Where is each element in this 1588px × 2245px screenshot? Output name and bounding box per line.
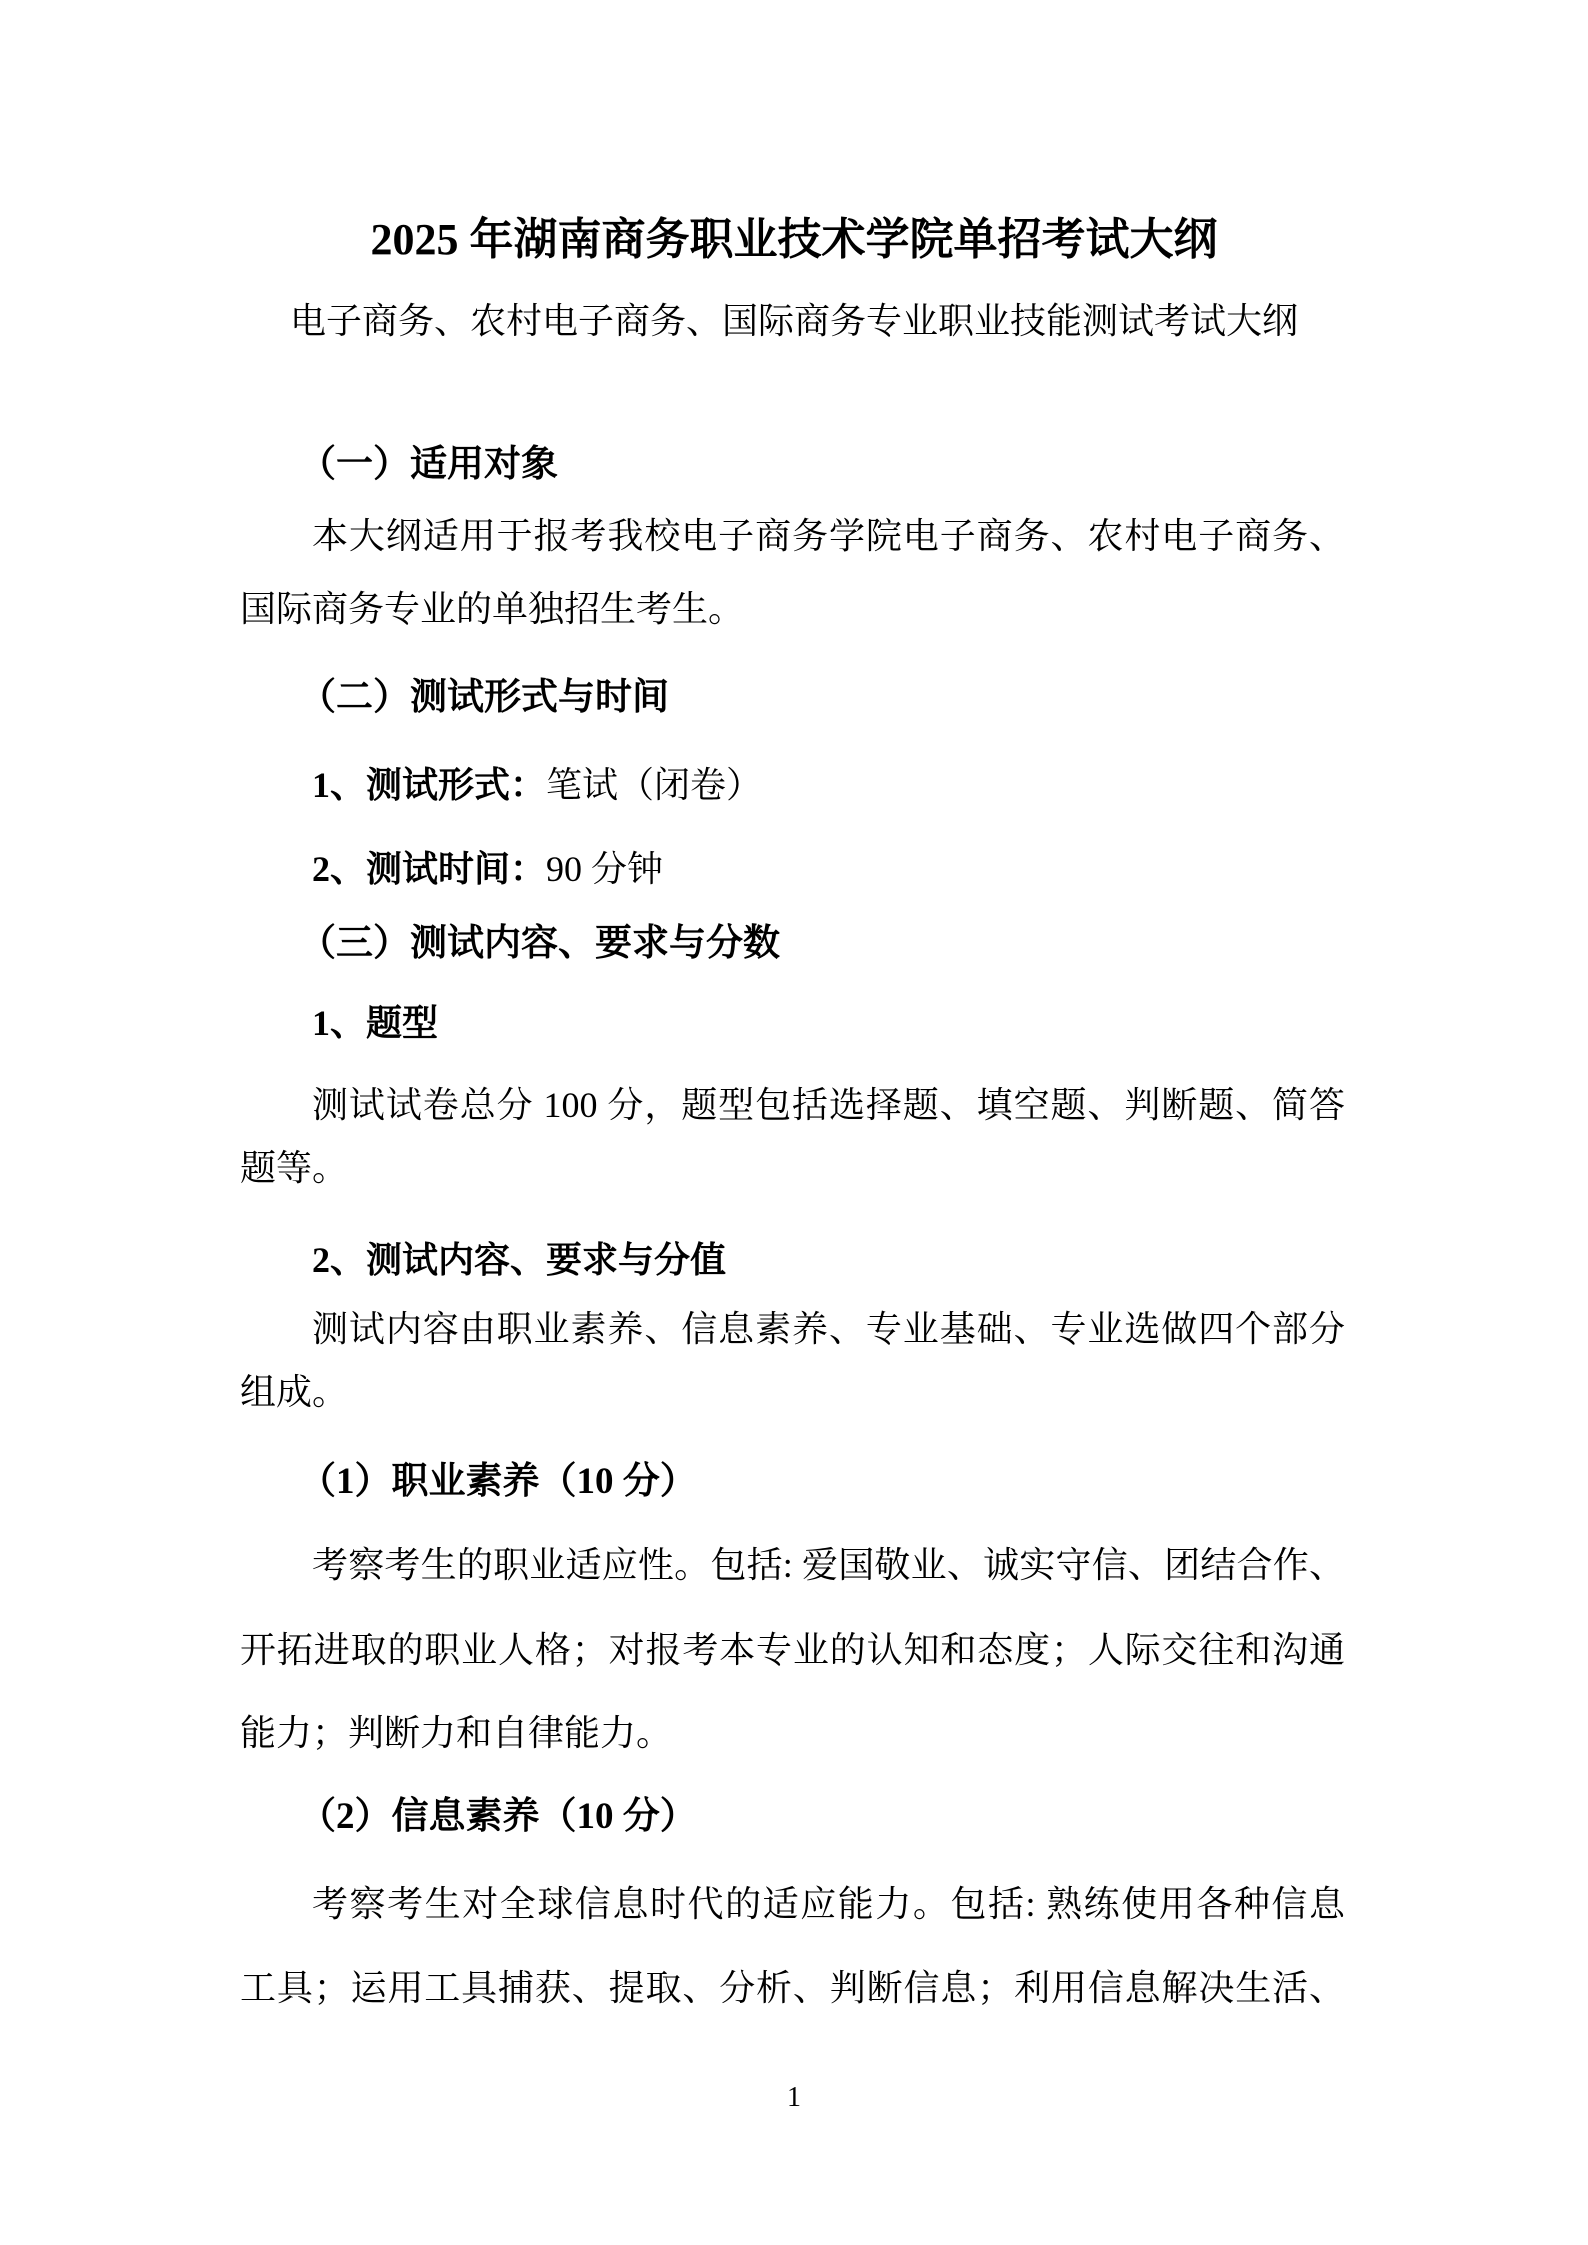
item-value: 笔试（闭卷）	[546, 765, 762, 805]
list-item-test-time: 2、测试时间：90 分钟	[312, 845, 663, 893]
paragraph-line: 工具；运用工具捕获、提取、分析、判断信息；利用信息解决生活、	[240, 1964, 1345, 2012]
paragraph-line: 测试内容由职业素养、信息素养、专业基础、专业选做四个部分	[312, 1305, 1345, 1353]
paragraph-line: 国际商务专业的单独招生考生。	[240, 585, 1345, 633]
subsection-heading-question-types: 1、题型	[312, 999, 438, 1047]
paragraph-line: 开拓进取的职业人格；对报考本专业的认知和态度；人际交往和沟通	[240, 1626, 1345, 1674]
list-item-test-format: 1、测试形式：笔试（闭卷）	[312, 761, 762, 809]
paragraph-line: 测试试卷总分 100 分，题型包括选择题、填空题、判断题、简答	[312, 1081, 1345, 1129]
paragraph-line: 能力；判断力和自律能力。	[240, 1709, 1345, 1757]
paragraph-line: 考察考生的职业适应性。包括: 爱国敬业、诚实守信、团结合作、	[312, 1541, 1345, 1589]
item-value: 90 分钟	[546, 849, 663, 889]
section-heading-professional-quality: （1）职业素养（10 分）	[299, 1458, 697, 1506]
section-heading-1: （一）适用对象	[299, 441, 558, 489]
section-heading-3: （三）测试内容、要求与分数	[299, 920, 780, 968]
paragraph-line: 组成。	[240, 1368, 1345, 1416]
page-number: 1	[0, 2082, 1588, 2114]
paragraph-line: 本大纲适用于报考我校电子商务学院电子商务、农村电子商务、	[312, 512, 1345, 560]
page-subtitle: 电子商务、农村电子商务、国际商务专业职业技能测试考试大纲	[0, 297, 1588, 345]
paragraph-line: 考察考生对全球信息时代的适应能力。包括: 熟练使用各种信息	[312, 1880, 1345, 1928]
page-title: 2025 年湖南商务职业技术学院单招考试大纲	[0, 212, 1588, 268]
document-page: 2025 年湖南商务职业技术学院单招考试大纲 电子商务、农村电子商务、国际商务专…	[0, 0, 1588, 2245]
paragraph-line: 题等。	[240, 1144, 1345, 1192]
subsection-heading-content-scores: 2、测试内容、要求与分值	[312, 1236, 726, 1284]
item-label: 2、测试时间：	[312, 849, 546, 889]
section-heading-information-literacy: （2）信息素养（10 分）	[299, 1793, 697, 1841]
section-heading-2: （二）测试形式与时间	[299, 674, 669, 722]
item-label: 1、测试形式：	[312, 765, 546, 805]
